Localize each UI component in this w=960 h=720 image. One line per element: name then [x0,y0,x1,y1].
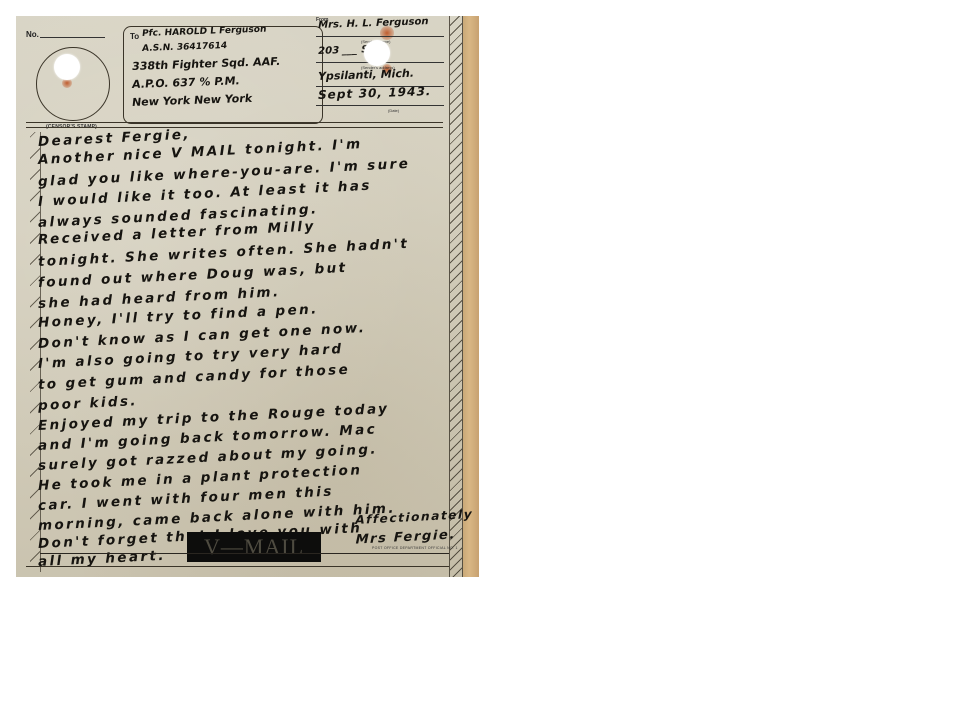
hatched-border-right [449,16,463,577]
header-divider [26,122,443,123]
date-caption: (Date) [388,108,399,113]
number-line [40,37,105,38]
printing-note: POST OFFICE DEPARTMENT OFFICIAL NO. 1 [372,546,458,550]
vmail-stamp-text: V—MAIL [204,534,304,560]
date-line [316,105,444,106]
vmail-letter-scan: No. (CENSOR'S STAMP) To Pfc. HAROLD L Fe… [16,16,479,577]
recipient-line: Pfc. HAROLD L Ferguson [141,25,266,39]
sender-city: Ypsilanti, Mich. [317,67,415,83]
recipient-line: New York New York [131,92,253,109]
punch-hole [364,40,390,66]
paper-edge [463,16,479,577]
letter-date: Sept 30, 1943. [317,84,433,102]
page-canvas: No. (CENSOR'S STAMP) To Pfc. HAROLD L Fe… [0,0,960,720]
recipient-line: A.P.O. 637 % P.M. [131,74,240,91]
number-label: No. [26,30,39,39]
recipient-line: 338th Fighter Sqd. AAF. [131,55,281,73]
footer-rule [40,553,449,554]
sender-name-line [316,36,444,37]
recipient-line: A.S.N. 36417614 [141,41,227,54]
recipient-address-box: To Pfc. HAROLD L Ferguson A.S.N. 3641761… [123,26,323,124]
to-label: To [130,32,139,41]
punch-hole [54,54,80,80]
body-line: poor kids. [38,393,139,414]
vmail-stamp: V—MAIL [187,532,321,562]
footer-rule [26,566,449,567]
sender-name: Mrs. H. L. Ferguson [317,16,429,31]
signature: Mrs Fergie. [354,527,458,547]
header-divider [26,127,443,128]
